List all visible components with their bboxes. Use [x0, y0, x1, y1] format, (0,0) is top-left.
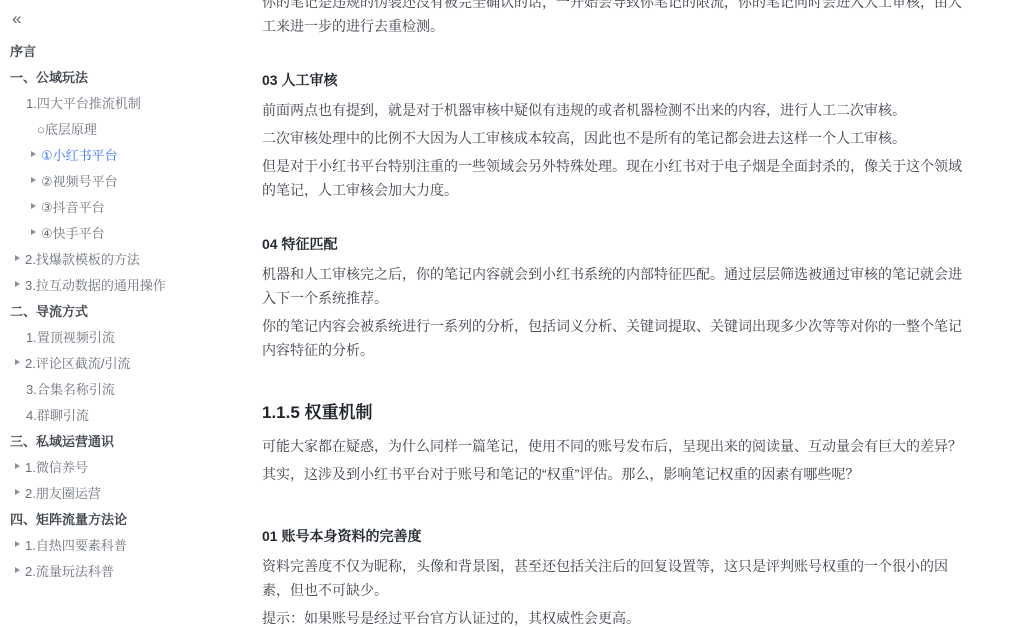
sidebar-item[interactable]: 一、公域玩法	[0, 63, 260, 89]
sidebar-item[interactable]: 3.合集名称引流	[0, 375, 260, 401]
sidebar-item[interactable]: 1.微信养号	[0, 453, 260, 479]
section-heading: 03 人工审核	[262, 68, 992, 92]
sidebar-item-label: 序言	[10, 41, 36, 60]
sidebar-item[interactable]: 1.四大平台推流机制	[0, 89, 260, 115]
sidebar-item[interactable]: 1.自热四要素科普	[0, 531, 260, 557]
sidebar-item-active[interactable]: ①小红书平台	[0, 141, 260, 167]
sidebar-item-label: 2.找爆款模板的方法	[25, 249, 140, 268]
expand-arrow-icon[interactable]	[15, 541, 20, 547]
sidebar-item[interactable]: 2.评论区截流/引流	[0, 349, 260, 375]
paragraph: 提示：如果账号是经过平台官方认证过的，其权威性会更高。	[262, 606, 992, 627]
sidebar-item-label: ○底层原理	[37, 119, 97, 138]
sidebar-item[interactable]: 1.置顶视频引流	[0, 323, 260, 349]
section-heading: 04 特征匹配	[262, 232, 992, 256]
sidebar-item-label: 2.朋友圈运营	[25, 483, 101, 502]
sidebar-item-label: 四、矩阵流量方法论	[10, 509, 127, 528]
sidebar-item-label: 4.群聊引流	[26, 405, 89, 424]
sidebar-item-label: 1.自热四要素科普	[25, 535, 127, 554]
expand-arrow-icon[interactable]	[15, 489, 20, 495]
paragraph: 可能大家都在疑惑，为什么同样一篇笔记，使用不同的账号发布后，呈现出来的阅读量、互…	[262, 434, 992, 458]
sidebar-item-label: ②视频号平台	[41, 171, 118, 190]
paragraph: 你的笔记是违规的伪装还没有被完全确认的话，一开始会导致你笔记的限流，你的笔记同时…	[262, 0, 992, 38]
sidebar-item[interactable]: 4.群聊引流	[0, 401, 260, 427]
expand-arrow-icon[interactable]	[15, 359, 20, 365]
sidebar-item[interactable]: 2.找爆款模板的方法	[0, 245, 260, 271]
sidebar-item-label: 二、导流方式	[10, 301, 88, 320]
sidebar-list: 序言一、公域玩法1.四大平台推流机制○底层原理①小红书平台②视频号平台③抖音平台…	[0, 37, 260, 583]
paragraph: 你的笔记内容会被系统进行一系列的分析，包括词义分析、关键词提取、关键词出现多少次…	[262, 314, 992, 362]
sidebar-item-label: 2.流量玩法科普	[25, 561, 114, 580]
paragraph: 前面两点也有提到，就是对于机器审核中疑似有违规的或者机器检测不出来的内容，进行人…	[262, 98, 992, 122]
expand-arrow-icon[interactable]	[31, 151, 36, 157]
paragraph: 二次审核处理中的比例不大因为人工审核成本较高，因此也不是所有的笔记都会进去这样一…	[262, 126, 992, 150]
document-content: 你的笔记是违规的伪装还没有被完全确认的话，一开始会导致你笔记的限流，你的笔记同时…	[262, 0, 992, 627]
sidebar-item[interactable]: ②视频号平台	[0, 167, 260, 193]
sidebar-item-label: ④快手平台	[41, 223, 105, 242]
sidebar-item[interactable]: 四、矩阵流量方法论	[0, 505, 260, 531]
sidebar-item-label: ③抖音平台	[41, 197, 105, 216]
section-heading: 01 账号本身资料的完善度	[262, 524, 992, 548]
paragraph: 但是对于小红书平台特别注重的一些领域会另外特殊处理。现在小红书对于电子烟是全面封…	[262, 154, 992, 202]
expand-arrow-icon[interactable]	[31, 177, 36, 183]
expand-arrow-icon[interactable]	[15, 255, 20, 261]
sidebar-item[interactable]: ③抖音平台	[0, 193, 260, 219]
sidebar-item-label: 1.微信养号	[25, 457, 88, 476]
sidebar-item[interactable]: 2.流量玩法科普	[0, 557, 260, 583]
sidebar-item-label: 三、私域运营通识	[10, 431, 114, 450]
paragraph: 机器和人工审核完之后，你的笔记内容就会到小红书系统的内部特征匹配。通过层层筛选被…	[262, 262, 992, 310]
sidebar-item-label: 3.合集名称引流	[26, 379, 115, 398]
expand-arrow-icon[interactable]	[31, 203, 36, 209]
expand-arrow-icon[interactable]	[15, 281, 20, 287]
paragraph: 其实，这涉及到小红书平台对于账号和笔记的“权重”评估。那么，影响笔记权重的因素有…	[262, 462, 992, 486]
sidebar-item[interactable]: 二、导流方式	[0, 297, 260, 323]
sidebar-item-label: 2.评论区截流/引流	[25, 353, 130, 372]
sidebar-item-label: 3.拉互动数据的通用操作	[25, 275, 166, 294]
sidebar-item-label: 一、公域玩法	[10, 67, 88, 86]
sidebar-item[interactable]: ④快手平台	[0, 219, 260, 245]
toc-sidebar: « 序言一、公域玩法1.四大平台推流机制○底层原理①小红书平台②视频号平台③抖音…	[0, 0, 260, 627]
paragraph: 资料完善度不仅为昵称，头像和背景图，甚至还包括关注后的回复设置等，这只是评判账号…	[262, 554, 992, 602]
expand-arrow-icon[interactable]	[15, 463, 20, 469]
sidebar-item[interactable]: 序言	[0, 37, 260, 63]
expand-arrow-icon[interactable]	[31, 229, 36, 235]
sidebar-item[interactable]: 2.朋友圈运营	[0, 479, 260, 505]
sidebar-item[interactable]: ○底层原理	[0, 115, 260, 141]
section-heading: 1.1.5 权重机制	[262, 400, 992, 426]
sidebar-item[interactable]: 三、私域运营通识	[0, 427, 260, 453]
sidebar-item-label: 1.置顶视频引流	[26, 327, 115, 346]
sidebar-item[interactable]: 3.拉互动数据的通用操作	[0, 271, 260, 297]
collapse-sidebar-icon[interactable]: «	[12, 8, 21, 30]
expand-arrow-icon[interactable]	[15, 567, 20, 573]
sidebar-item-label: ①小红书平台	[41, 145, 118, 164]
sidebar-item-label: 1.四大平台推流机制	[26, 93, 141, 112]
